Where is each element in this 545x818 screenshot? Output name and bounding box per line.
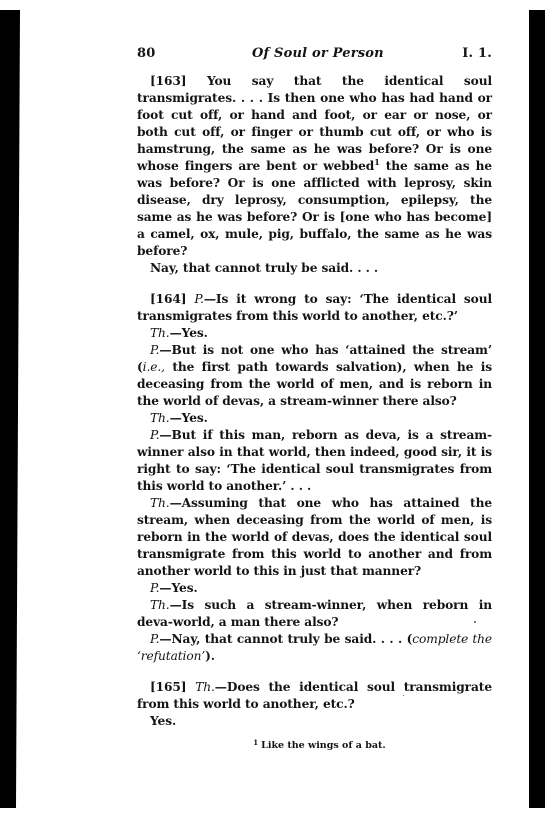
page-number: 80 [137,46,156,61]
speaker-label: P. [194,292,203,306]
speaker-label: P. [150,632,159,646]
text-run: —But if this man, reborn as deva, is a s… [137,428,492,493]
italic-run: i.e., [143,360,165,374]
paragraph: [164] P.—Is it wrong to say: ‘The identi… [137,291,492,325]
scan-speck [403,695,404,696]
paragraph: P.—But if this man, reborn as deva, is a… [137,427,492,495]
text-run: ). [205,649,215,663]
speaker-label: P. [150,581,159,595]
footnote: 1Like the wings of a bat. [137,738,492,751]
section-reference: I. 1. [462,46,492,61]
paragraph: Th.—Is such a stream-winner, when reborn… [137,597,492,631]
paragraph: Yes. [137,713,492,730]
text-run: —Nay, that cannot truly be said. . . . ( [159,632,412,646]
speaker-label: Th. [150,496,170,510]
text-run: Nay, that cannot truly be said. . . . [150,261,378,275]
scan-border-right [529,10,545,808]
paragraph: Nay, that cannot truly be said. . . . [137,260,492,277]
paragraph: Th.—Yes. [137,325,492,342]
text-run: —Assuming that one who has attained the … [137,496,492,578]
paragraph: P.—Nay, that cannot truly be said. . . .… [137,631,492,665]
book-page: 80 Of Soul or Person I. 1. [163] You say… [137,46,492,751]
text-run: the first path towards salvation), when … [137,360,492,408]
speaker-label: Th. [150,326,170,340]
speaker-label: Th. [150,598,170,612]
text-run: —Is such a stream-winner, when reborn in… [137,598,492,629]
scan-speck [474,621,476,623]
running-title: Of Soul or Person [252,46,384,61]
running-head: 80 Of Soul or Person I. 1. [137,46,492,68]
text-run: [165] [150,680,195,694]
body-text: [163] You say that the identical soul tr… [137,73,492,730]
text-run: —Yes. [170,411,208,425]
footnote-marker: 1 [253,738,258,747]
text-run: —Yes. [159,581,197,595]
paragraph: P.—But is not one who has ‘attained the … [137,342,492,410]
speaker-label: P. [150,343,159,357]
text-run: Yes. [150,714,176,728]
scan-border-left [0,10,20,808]
speaker-label: Th. [195,680,215,694]
text-run: —Yes. [170,326,208,340]
text-run: [164] [150,292,194,306]
text-run: the same as he was before? Or is one aff… [137,159,492,258]
speaker-label: Th. [150,411,170,425]
paragraph: Th.—Assuming that one who has attained t… [137,495,492,580]
paragraph: [163] You say that the identical soul tr… [137,73,492,260]
footnote-text: Like the wings of a bat. [261,740,386,751]
paragraph: Th.—Yes. [137,410,492,427]
paragraph: P.—Yes. [137,580,492,597]
speaker-label: P. [150,428,159,442]
paragraph: [165] Th.—Does the identical soul transm… [137,679,492,713]
